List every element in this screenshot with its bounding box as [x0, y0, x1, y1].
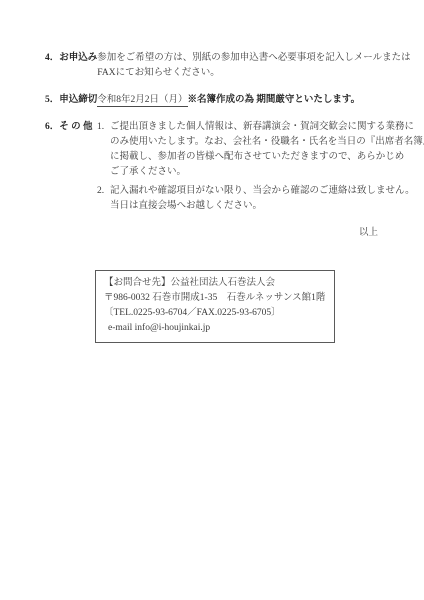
- section-deadline-body: 令和8年2月2日（月）※名簿作成の為 期間厳守といたします。: [97, 93, 378, 108]
- section-other-body: 1. ご提出頂きました個人情報は、新春講演会・賀詞交歓会に関する業務に のみ使用…: [97, 120, 424, 214]
- text-line: 当日は直接会場へお越しください。: [110, 199, 415, 214]
- document-page: 4．お申込み 参加をご希望の方は、別紙の参加申込書へ必要事項を記入しメールまたは…: [0, 0, 424, 600]
- other-note-2: 2. 記入漏れや確認項目がない限り、当会から確認のご連絡は致しません。 当日は直…: [97, 184, 424, 214]
- list-marker: 2.: [97, 184, 110, 199]
- contact-phone-fax: 〔TEL.0225-93-6704／FAX.0225-93-6705〕: [104, 306, 330, 321]
- section-application-heading: 4．お申込み: [45, 51, 97, 66]
- text-line: 記入漏れや確認項目がない限り、当会から確認のご連絡は致しません。: [110, 184, 415, 199]
- text-line: ご提出頂きました個人情報は、新春講演会・賀詞交歓会に関する業務に: [110, 120, 424, 135]
- section-application: 4．お申込み 参加をご希望の方は、別紙の参加申込書へ必要事項を記入しメールまたは…: [45, 51, 378, 81]
- contact-address: 〒986-0032 石巻市開成1-35 石巻ルネッサンス館1階: [104, 291, 330, 306]
- text-line: FAXにてお知らせください。: [97, 66, 410, 81]
- contact-email: e-mail info@i-houjinkai.jp: [104, 321, 330, 336]
- list-marker: 1.: [97, 120, 110, 135]
- section-deadline: 5．申込締切 令和8年2月2日（月）※名簿作成の為 期間厳守といたします。: [45, 93, 378, 108]
- text-line: のみ使用いたします。なお、会社名・役職名・氏名を当日の『出席者名簿』: [110, 135, 424, 150]
- closing-text: 以上: [45, 226, 378, 241]
- text-line: に掲載し、参加者の皆様へ配布させていただきますので、あらかじめ: [110, 150, 424, 165]
- text-line: ご了承ください。: [110, 165, 424, 180]
- text-line: 参加をご希望の方は、別紙の参加申込書へ必要事項を記入しメールまたは: [97, 51, 410, 66]
- text-line: 令和8年2月2日（月）※名簿作成の為 期間厳守といたします。: [97, 93, 378, 108]
- document-content: 4．お申込み 参加をご希望の方は、別紙の参加申込書へ必要事項を記入しメールまたは…: [45, 51, 378, 343]
- deadline-date: 令和8年2月2日（月）: [97, 95, 187, 107]
- other-note-1: 1. ご提出頂きました個人情報は、新春講演会・賀詞交歓会に関する業務に のみ使用…: [97, 120, 424, 180]
- section-application-body: 参加をご希望の方は、別紙の参加申込書へ必要事項を記入しメールまたは FAXにてお…: [97, 51, 410, 81]
- contact-box: 【お問合せ先】公益社団法人石巻法人会 〒986-0032 石巻市開成1-35 石…: [95, 270, 335, 343]
- section-deadline-heading: 5．申込締切: [45, 93, 97, 108]
- other-note-1-body: ご提出頂きました個人情報は、新春講演会・賀詞交歓会に関する業務に のみ使用いたし…: [110, 120, 424, 180]
- contact-title: 【お問合せ先】公益社団法人石巻法人会: [104, 276, 330, 291]
- section-other: 6．そ の 他 1. ご提出頂きました個人情報は、新春講演会・賀詞交歓会に関する…: [45, 120, 378, 214]
- deadline-emphasis: ※名簿作成の為 期間厳守といたします。: [188, 95, 361, 105]
- section-other-heading: 6．そ の 他: [45, 120, 97, 135]
- other-note-2-body: 記入漏れや確認項目がない限り、当会から確認のご連絡は致しません。 当日は直接会場…: [110, 184, 415, 214]
